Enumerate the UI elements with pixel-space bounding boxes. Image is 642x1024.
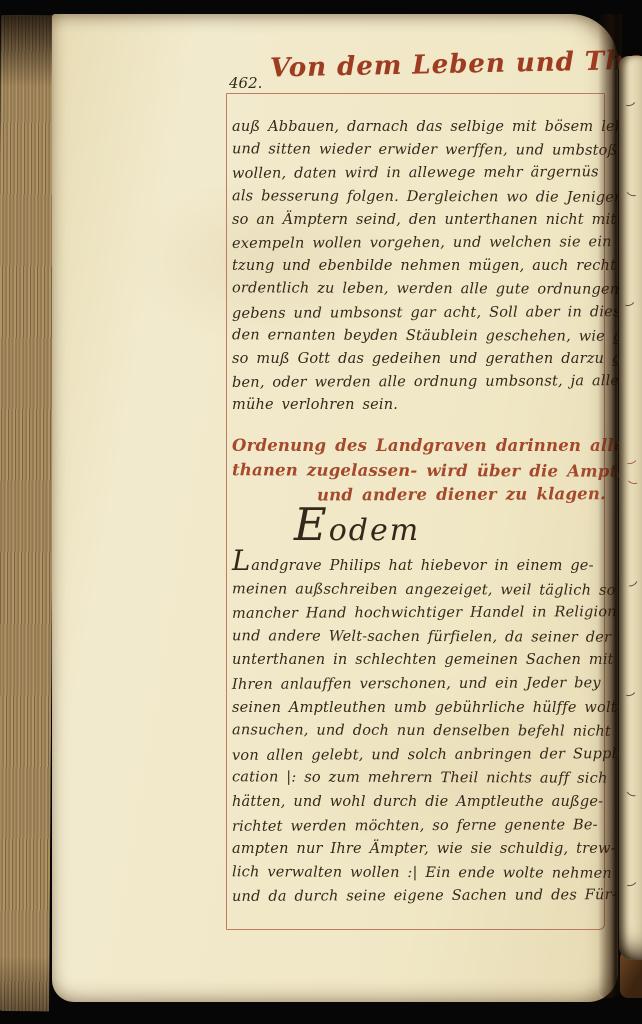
text-line: mancher Hand hochwichtiger Handel in Rel… [232,601,614,626]
text-line: und da durch seine eigene Sachen und des… [232,884,614,909]
facing-page-text-fragment [623,573,639,588]
text-line: seinen Amptleuthen umb gebührliche hülff… [232,697,614,721]
text-line: als besserung folgen. Dergleichen wo die… [232,185,614,210]
section-heading-red: Ordenung des Landgraven darinnen allen u… [232,434,610,508]
facing-page-text-fragment [622,684,637,698]
text-line: exempeln wollen vorgehen, und welchen si… [232,231,614,256]
facing-page-text-fragment [621,294,636,308]
text-line: richtet werden möchten, so ferne genente… [232,814,614,839]
text-line: ordentlich zu leben, werden alle gute or… [232,278,614,303]
text-line: wollen, daten wird in allewege mehr ärge… [232,162,614,187]
text-line: Ordenung des Landgraven darinnen allen u… [232,434,610,459]
text-line: unterthanen in schlechten gemeinen Sache… [232,649,614,673]
handwritten-paragraph-1: auß Abbauen, darnach das selbige mit bös… [232,116,614,418]
facing-page-text-fragment [623,874,638,888]
text-line: Landgrave Philips hat hiebevor in einem … [232,552,614,579]
text-line: cation |: so zum mehrern Theil nichts au… [232,767,614,792]
facing-page-edge [619,56,642,960]
subheading-eodem: Eodem [232,498,482,551]
photographed-book-scene: { "page": { "number": "462.", "running_h… [0,0,642,1024]
text-line: mühe verlohren sein. [232,394,614,417]
text-line: hätten, und wohl durch die Amptleuthe au… [232,791,614,815]
text-line: thanen zugelassen- wird über die Amptleu… [232,458,610,484]
facing-page-text-fragment-red [623,452,638,466]
text-line: den ernanten beyden Stäublein geschehen,… [232,324,614,349]
text-line: lich verwalten wollen :| Ein ende wolte … [232,861,614,886]
text-line: so muß Gott das gedeihen und gerathen da… [232,348,614,371]
text-line: gebens und umbsonst gar acht, Soll aber … [232,301,614,326]
text-line: ampten nur Ihre Ämpter, wie sie schuldig… [232,838,614,862]
text-line: und andere Welt-sachen fürfielen, da sei… [232,625,614,650]
handwritten-paragraph-2: Landgrave Philips hat hiebevor in einem … [232,552,614,909]
text-line: tzung und ebenbilde nehmen mügen, auch r… [232,255,614,278]
text-line: ansuchen, und doch nun denselben befehl … [232,719,614,744]
facing-page-text-fragment [622,94,637,108]
facing-page-text-fragment-red [626,473,641,486]
text-line: Ihren anlauffen verschonen, und ein Jede… [232,672,614,697]
text-line: ben, oder werden alle ordnung umbsonst, … [232,370,614,395]
text-line: und sitten wieder erwider werffen, und u… [232,138,614,163]
facing-page-text-fragment [625,784,641,798]
text-line: auß Abbauen, darnach das selbige mit bös… [232,116,614,139]
book-fore-edge [0,15,56,1011]
facing-page-text-fragment [625,184,641,198]
text-line: meinen außschreiben angezeiget, weil täg… [232,578,614,603]
text-line: von allen gelebt, und solch anbringen de… [232,743,614,768]
page-number: 462. [229,74,262,92]
text-line: so an Ämptern seind, den unterthanen nic… [232,209,614,232]
